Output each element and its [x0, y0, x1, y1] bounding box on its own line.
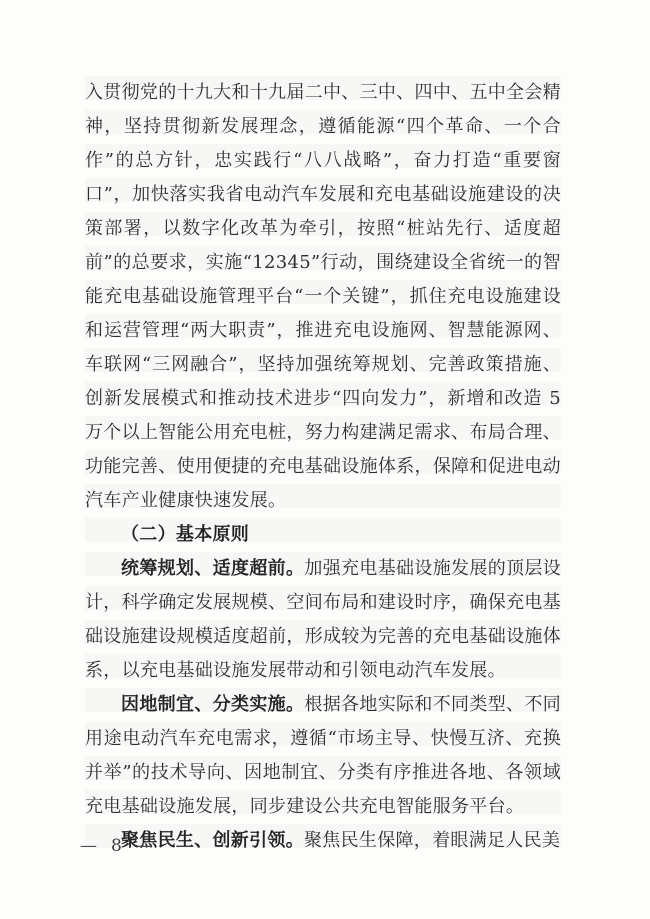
page-footer: —8— [80, 836, 153, 856]
footer-dash-right: — [136, 836, 153, 856]
section-heading: （二）基本原则 [85, 518, 561, 552]
paragraph-lead: 统筹规划、适度超前。 [121, 558, 304, 579]
paragraph-lead: 因地制宜、分类实施。 [121, 694, 304, 715]
paragraph: 因地制宜、分类实施。根据各地实际和不同类型、不同用途电动汽车充电需求，遵循“市场… [85, 688, 561, 824]
paragraph: 聚焦民生、创新引领。聚焦民生保障，着眼满足人民美 [85, 824, 561, 858]
page-number: 8 [111, 836, 122, 856]
paragraph-continuation: 入贯彻党的十九大和十九届二中、三中、四中、五中全会精神，坚持贯彻新发展理念，遵循… [85, 76, 561, 518]
footer-dash-left: — [80, 836, 97, 856]
paragraph-text: 聚焦民生保障，着眼满足人民美 [304, 830, 560, 851]
body-text: 入贯彻党的十九大和十九届二中、三中、四中、五中全会精神，坚持贯彻新发展理念，遵循… [85, 76, 561, 858]
document-page: 入贯彻党的十九大和十九届二中、三中、四中、五中全会精神，坚持贯彻新发展理念，遵循… [0, 0, 650, 919]
paragraph: 统筹规划、适度超前。加强充电基础设施发展的顶层设计，科学确定发展规模、空间布局和… [85, 552, 561, 688]
